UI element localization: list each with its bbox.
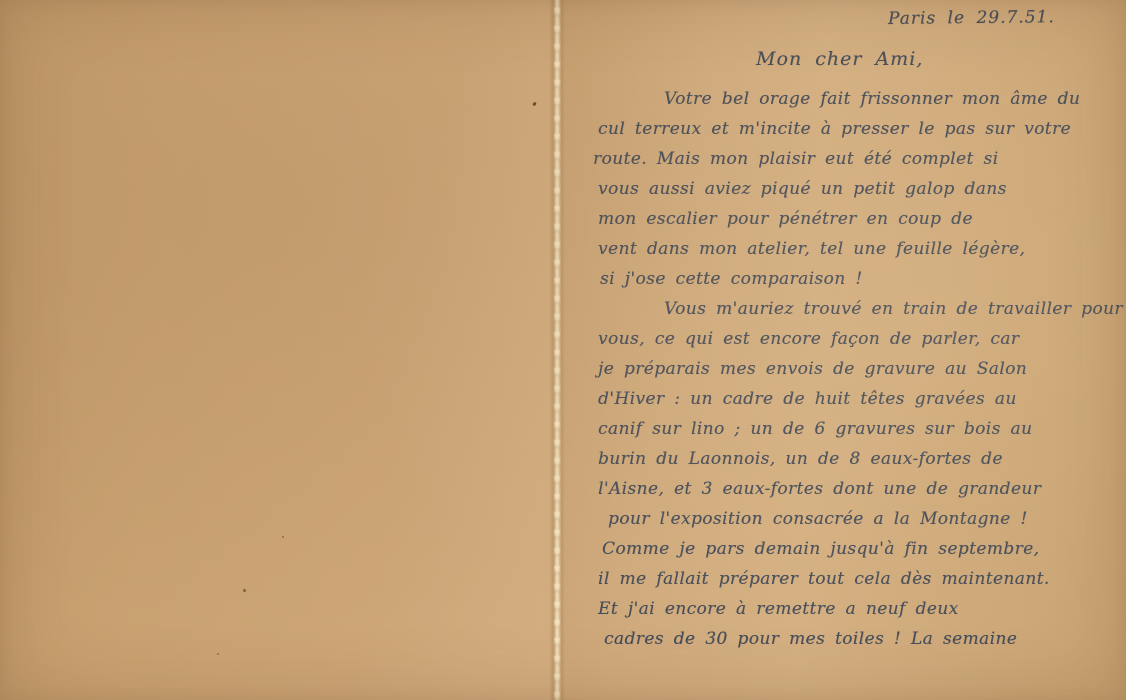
letter-body: Votre bel orage fait frissonner mon âme … [598,84,1118,654]
date-line: Paris le 29.7.51. [888,7,1055,29]
letter-line: Votre bel orage fait frissonner mon âme … [664,84,1118,114]
letter-line: Et j'ai encore à remettre a neuf deux [598,594,1118,624]
letter-line: il me fallait préparer tout cela dès mai… [598,564,1118,594]
letter-line: vent dans mon atelier, tel une feuille l… [598,234,1118,264]
letter-line: mon escalier pour pénétrer en coup de [598,204,1118,234]
letter-line: d'Hiver : un cadre de huit têtes gravées… [598,384,1118,414]
letter-line: canif sur lino ; un de 6 gravures sur bo… [598,414,1118,444]
letter-line: pour l'exposition consacrée a la Montagn… [608,504,1118,534]
letter-line: vous aussi aviez piqué un petit galop da… [598,174,1118,204]
letter-line: je préparais mes envois de gravure au Sa… [598,354,1118,384]
letter-line: route. Mais mon plaisir eut été complet … [593,144,1118,174]
letter-line: l'Aisne, et 3 eaux-fortes dont une de gr… [598,474,1118,504]
letter-line: cul terreux et m'incite à presser le pas… [598,114,1118,144]
fold-crease [549,0,565,700]
letter-line: burin du Laonnois, un de 8 eaux-fortes d… [598,444,1118,474]
letter-line: Comme je pars demain jusqu'à fin septemb… [602,534,1118,564]
letter-scan: Paris le 29.7.51. Mon cher Ami, Votre be… [0,0,1126,700]
letter-line: Vous m'auriez trouvé en train de travail… [664,294,1118,324]
letter-line: vous, ce qui est encore façon de parler,… [598,324,1118,354]
letter-line: si j'ose cette comparaison ! [600,264,1118,294]
left-page-blank [0,0,557,700]
salutation: Mon cher Ami, [756,48,923,70]
letter-line: cadres de 30 pour mes toiles ! La semain… [604,624,1118,654]
